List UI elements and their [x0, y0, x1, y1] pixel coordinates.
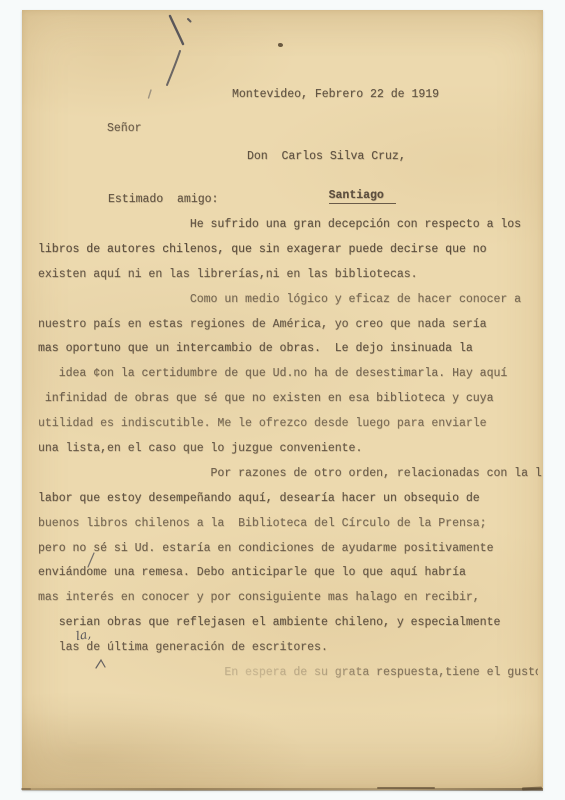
body-line: mas oportuno que un intercambio de obras… [38, 337, 538, 362]
body-line: una lista,en el caso que lo juzgue conve… [38, 437, 538, 462]
dateline: Montevideo, Febrero 22 de 1919 [232, 88, 439, 101]
recipient-name: Don Carlos Silva Cruz, [247, 150, 406, 163]
body-line: utilidad es indiscutible. Me le ofrezco … [38, 412, 538, 437]
body-line: En espera de su grata respuesta,tiene el… [38, 661, 538, 686]
recipient-city-underlined: Santiago [329, 189, 396, 204]
body-line: libros de autores chilenos, que sin exag… [38, 238, 538, 263]
ink-speck [278, 43, 283, 47]
body-line: enviándome una remesa. Debo anticiparle … [38, 561, 538, 586]
body-line: buenos libros chilenos a la Biblioteca d… [38, 512, 538, 537]
body-line: pero no sé si Ud. estaría en condiciones… [38, 537, 538, 562]
body-line: Por razones de otro orden, relacionadas … [38, 462, 538, 487]
letter-paper: Montevideo, Febrero 22 de 1919 Señor Don… [22, 10, 543, 790]
body-line: mas interés en conocer y por consiguient… [38, 586, 538, 611]
handwritten-insertion: la, [75, 627, 92, 643]
body-line: serian obras que reflejasen el ambiente … [38, 611, 538, 636]
body-line: las de última generación de escritores. [38, 636, 538, 661]
recipient-city: Santiago [301, 176, 396, 215]
body-line: labor que estoy desempeñando aquí, desea… [38, 487, 538, 512]
body-line: nuestro país en estas regiones de Améric… [38, 313, 538, 338]
recipient-title: Señor [107, 122, 142, 135]
body-line: Como un medio lógico y eficaz de hacer c… [38, 288, 538, 313]
body-line: idea ¢on la certidumbre de que Ud.no ha … [38, 362, 538, 387]
paper-bottom-edge [377, 787, 435, 789]
salutation: Estimado amigo: [108, 193, 218, 206]
letter-body: He sufrido una gran decepción con respec… [38, 213, 538, 686]
paper-bottom-edge [522, 787, 542, 791]
body-line: He sufrido una gran decepción con respec… [38, 213, 538, 238]
body-line: existen aquí ni en las librerías,ni en l… [38, 263, 538, 288]
body-line: infinidad de obras que sé que no existen… [38, 387, 538, 412]
paper-bottom-edge [21, 788, 31, 790]
